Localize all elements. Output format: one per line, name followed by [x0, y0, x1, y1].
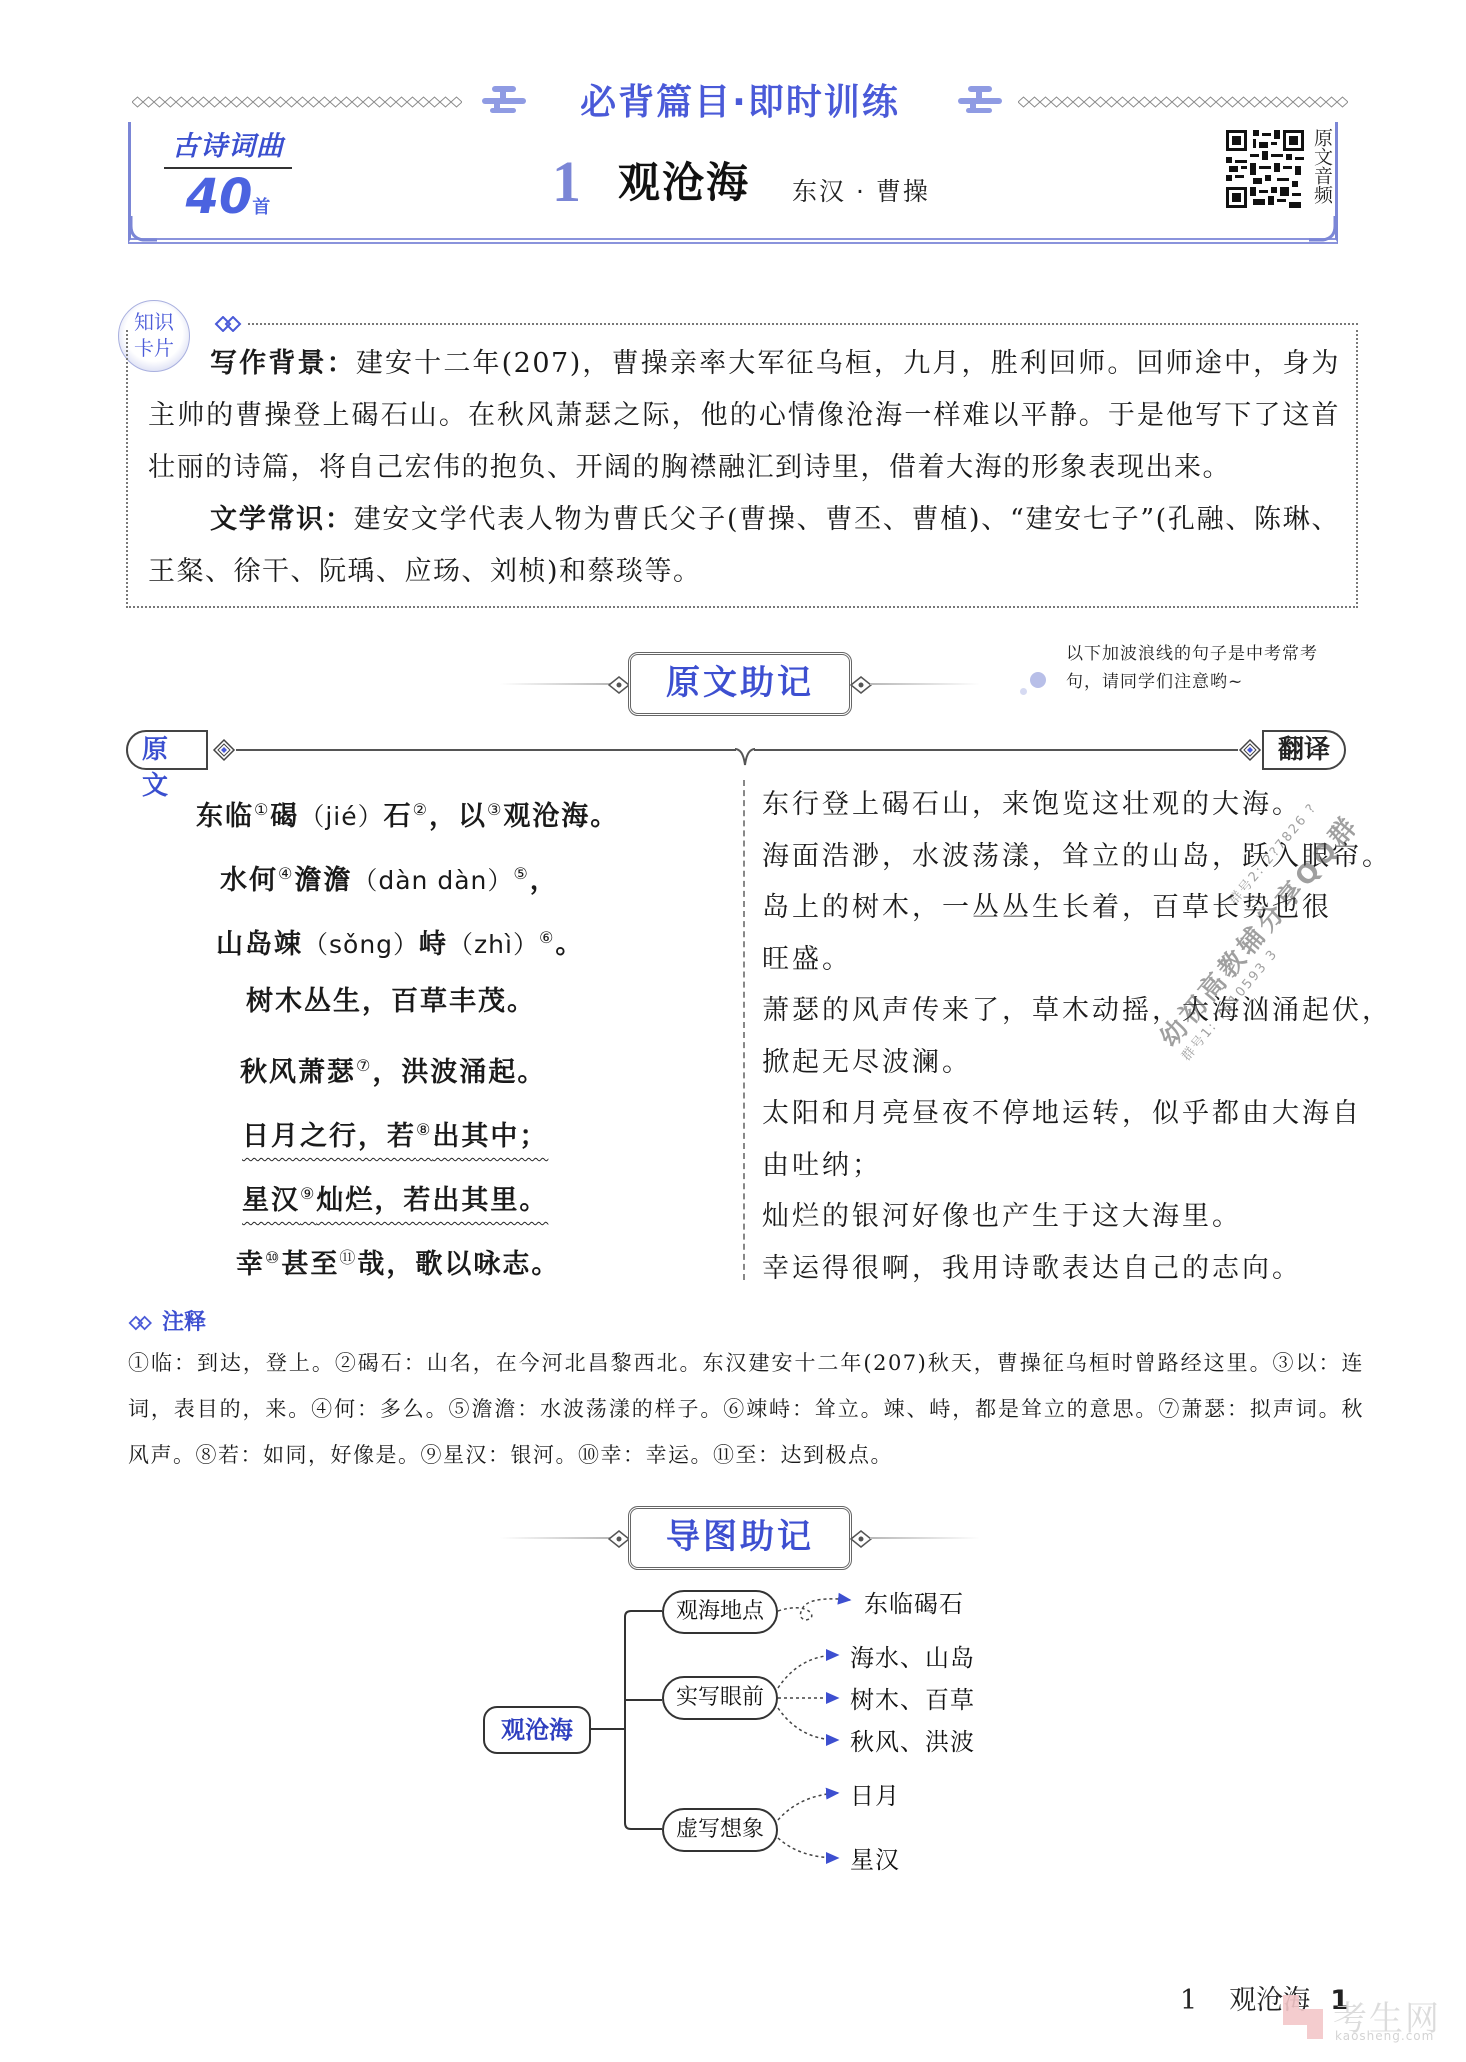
poem-text: 山岛竦: [216, 929, 303, 960]
exam-tip-note: 以下加波浪线的句子是中考常考句，请同学们注意哟~: [1066, 640, 1336, 696]
note-marker: ③: [487, 800, 503, 819]
poem-line: 水何④澹澹（dàn dàn）⑤，: [196, 846, 716, 910]
poem-line: 星汉⑨灿烂，若出其里。: [196, 1166, 716, 1230]
lesson-number: 1: [552, 148, 581, 215]
translation-line: 灿烂的银河好像也产生于这大海里。: [762, 1194, 1362, 1246]
divider-line: [500, 1537, 610, 1539]
diamond-gem-icon: [850, 674, 872, 696]
series-count-unit: 首: [252, 197, 270, 218]
lesson-author: 东汉 · 曹操: [792, 172, 930, 208]
note-marker: ④: [278, 864, 294, 883]
translation-line: 由吐纳；: [762, 1143, 1362, 1195]
poem-text: ，以: [429, 801, 487, 832]
section-title-mindmap: 导图助记: [600, 1506, 880, 1570]
lesson-title: 观沧海: [618, 150, 750, 210]
poem-text: 水何④澹澹（dàn dàn）⑤，: [220, 865, 559, 896]
divider-line: [754, 749, 1238, 751]
series-badge: 古诗词曲 40首: [158, 124, 298, 234]
poem-text: 幸: [236, 1249, 265, 1280]
poem-text: 东临①碣（jié）石②，以③观沧海。: [196, 801, 619, 832]
tab-translation: 翻译: [1262, 730, 1346, 770]
qr-label: 原文音频: [1308, 128, 1332, 204]
page-footer: 1观沧海1: [1180, 1978, 1349, 2017]
note-marker: ⑨: [300, 1184, 316, 1203]
pinyin: （sǒng）: [303, 930, 419, 959]
series-count-number: 40: [186, 169, 253, 225]
column-divider: [743, 780, 745, 1280]
literary-knowledge-paragraph: 文学常识：建安文学代表人物为曹氏父子(曹操、曹丕、曹植)、“建安七子”(孔融、陈…: [148, 494, 1340, 598]
logo-url: kaosheng.com: [1335, 2029, 1434, 2043]
writing-background-paragraph: 写作背景：建安十二年(207)，曹操亲率大军征乌桓，九月，胜利回师。回师途中，身…: [148, 338, 1340, 494]
translation-line: 萧瑟的风声传来了，草木动摇，大海汹涌起伏，: [762, 988, 1362, 1040]
mindmap-leaf: 秋风、洪波: [850, 1722, 975, 1757]
mindmap-leaf: 日月: [850, 1776, 900, 1811]
poem-line: 日月之行，若⑧出其中；: [196, 1102, 716, 1166]
diamond-gem-icon: [212, 738, 236, 762]
translation-line: 太阳和月亮昼夜不停地运转，似乎都由大海自: [762, 1091, 1362, 1143]
cloud-ornament-icon: [956, 84, 1004, 114]
poem-text: 山岛竦（sǒng）峙（zhì）⑥。: [216, 929, 584, 960]
poem-text: 东临: [196, 801, 254, 832]
qr-code-icon[interactable]: [1226, 130, 1304, 208]
poem-text: ，洪波涌起。: [372, 1057, 546, 1088]
mindmap-branch: 观海地点: [662, 1590, 778, 1634]
tip-bubble-icon: [1030, 672, 1046, 688]
note-marker: ①: [254, 800, 270, 819]
series-count: 40首: [158, 171, 298, 234]
divider-line: [236, 749, 736, 751]
mindmap-leaf: 海水、山岛: [850, 1638, 975, 1673]
exam-key-sentence: 日月之行，若⑧出其中；: [242, 1121, 548, 1152]
poem-text: 树木丛生，百草丰茂。: [246, 986, 536, 1017]
poem-original: 东临①碣（jié）石②，以③观沧海。水何④澹澹（dàn dàn）⑤，山岛竦（sǒ…: [196, 782, 716, 1294]
poem-text: 水何: [220, 865, 278, 896]
divider-line: [500, 683, 610, 685]
poem-text: 澹澹: [294, 865, 352, 896]
poem-text: 幸⑩甚至⑪哉，歌以咏志。: [236, 1249, 560, 1280]
poem-line: 树木丛生，百草丰茂。: [196, 974, 716, 1038]
notch-icon: [735, 747, 755, 767]
paragraph-label: 文学常识：: [210, 504, 354, 535]
decorative-zigzag-right: [1018, 96, 1348, 108]
translation-line: 幸运得很啊，我用诗歌表达自己的志向。: [762, 1246, 1362, 1298]
poem-text: 秋风萧瑟: [240, 1057, 356, 1088]
poem-text: 树木丛生，百草丰茂。: [246, 986, 536, 1017]
poem-text: 甚至: [281, 1249, 339, 1280]
diamond-gem-icon: [1238, 738, 1262, 762]
poem-text: 秋风萧瑟⑦，洪波涌起。: [240, 1057, 546, 1088]
logo-mark-icon: [1283, 1995, 1323, 2039]
poem-text: 碣: [270, 801, 299, 832]
frame-corner-icon: [1309, 216, 1339, 246]
divider-line: [870, 1537, 980, 1539]
double-diamond-icon: [128, 1315, 156, 1331]
pinyin: （dàn dàn）: [352, 866, 513, 895]
pinyin: （jié）: [299, 802, 383, 831]
mindmap-branch: 实写眼前: [662, 1676, 778, 1720]
section-title-original: 原文助记: [600, 652, 880, 716]
band-title: 必背篇目·即时训练: [560, 74, 920, 125]
section-title-text: 原文助记: [628, 652, 852, 716]
poem-text: 峙: [419, 929, 448, 960]
note-marker: ⑪: [339, 1248, 357, 1267]
note-marker: ②: [413, 800, 429, 819]
paragraph-label: 写作背景：: [210, 348, 356, 379]
notes-title: 注释: [162, 1310, 206, 1335]
poem-text: ，: [530, 865, 559, 896]
poem-text: 出其中；: [432, 1121, 548, 1152]
notes-heading: 注释: [128, 1305, 206, 1336]
note-marker: ⑩: [265, 1248, 281, 1267]
divider-line: [248, 323, 1358, 325]
decorative-zigzag-left: [132, 96, 462, 108]
notes-text: ①临：到达，登上。②碣石：山名，在今河北昌黎西北。东汉建安十二年(207)秋天，…: [128, 1340, 1364, 1478]
translation-line: 东行登上碣石山，来饱览这壮观的大海。: [762, 782, 1362, 834]
note-marker: ⑥: [539, 928, 555, 947]
tab-original-text: 原文: [126, 730, 208, 770]
poem-line: 幸⑩甚至⑪哉，歌以咏志。: [196, 1230, 716, 1294]
translation-line: 掀起无尽波澜。: [762, 1040, 1362, 1092]
mindmap-leaf: 树木、百草: [850, 1680, 975, 1715]
poem-line: 山岛竦（sǒng）峙（zhì）⑥。: [196, 910, 716, 974]
mindmap-branch: 虚写想象: [662, 1808, 778, 1852]
poem-text: 哉，歌以咏志。: [357, 1249, 560, 1280]
frame-corner-icon: [127, 216, 157, 246]
note-marker: ⑧: [416, 1120, 432, 1139]
pinyin: （zhì）: [448, 930, 539, 959]
poem-text: 石: [384, 801, 413, 832]
knowledge-card-text: 写作背景：建安十二年(207)，曹操亲率大军征乌桓，九月，胜利回师。回师途中，身…: [148, 338, 1340, 598]
tip-bubble-icon: [1020, 688, 1027, 695]
poem-text: 日月之行，若: [242, 1121, 416, 1152]
mindmap-leaf: 星汉: [850, 1840, 900, 1875]
section-title-text: 导图助记: [628, 1506, 852, 1570]
diamond-gem-icon: [608, 1528, 630, 1550]
poem-line: 秋风萧瑟⑦，洪波涌起。: [196, 1038, 716, 1102]
poem-text: 星汉: [242, 1185, 300, 1216]
note-marker: ⑤: [513, 864, 529, 883]
diamond-gem-icon: [608, 674, 630, 696]
footer-lesson-number: 1: [1180, 1985, 1197, 2016]
poem-text: 观沧海。: [503, 801, 619, 832]
mindmap-root: 观沧海: [483, 1706, 591, 1754]
exam-key-sentence: 星汉⑨灿烂，若出其里。: [242, 1185, 548, 1216]
series-name: 古诗词曲: [158, 124, 298, 163]
poem-text: 灿烂，若出其里。: [316, 1185, 548, 1216]
divider-line: [870, 683, 980, 685]
poem-line: 东临①碣（jié）石②，以③观沧海。: [196, 782, 716, 846]
mindmap-leaf: 东临碣石: [864, 1584, 964, 1619]
note-marker: ⑦: [356, 1056, 372, 1075]
cloud-ornament-icon: [480, 84, 528, 114]
poem-text: 。: [555, 929, 584, 960]
diamond-gem-icon: [850, 1528, 872, 1550]
